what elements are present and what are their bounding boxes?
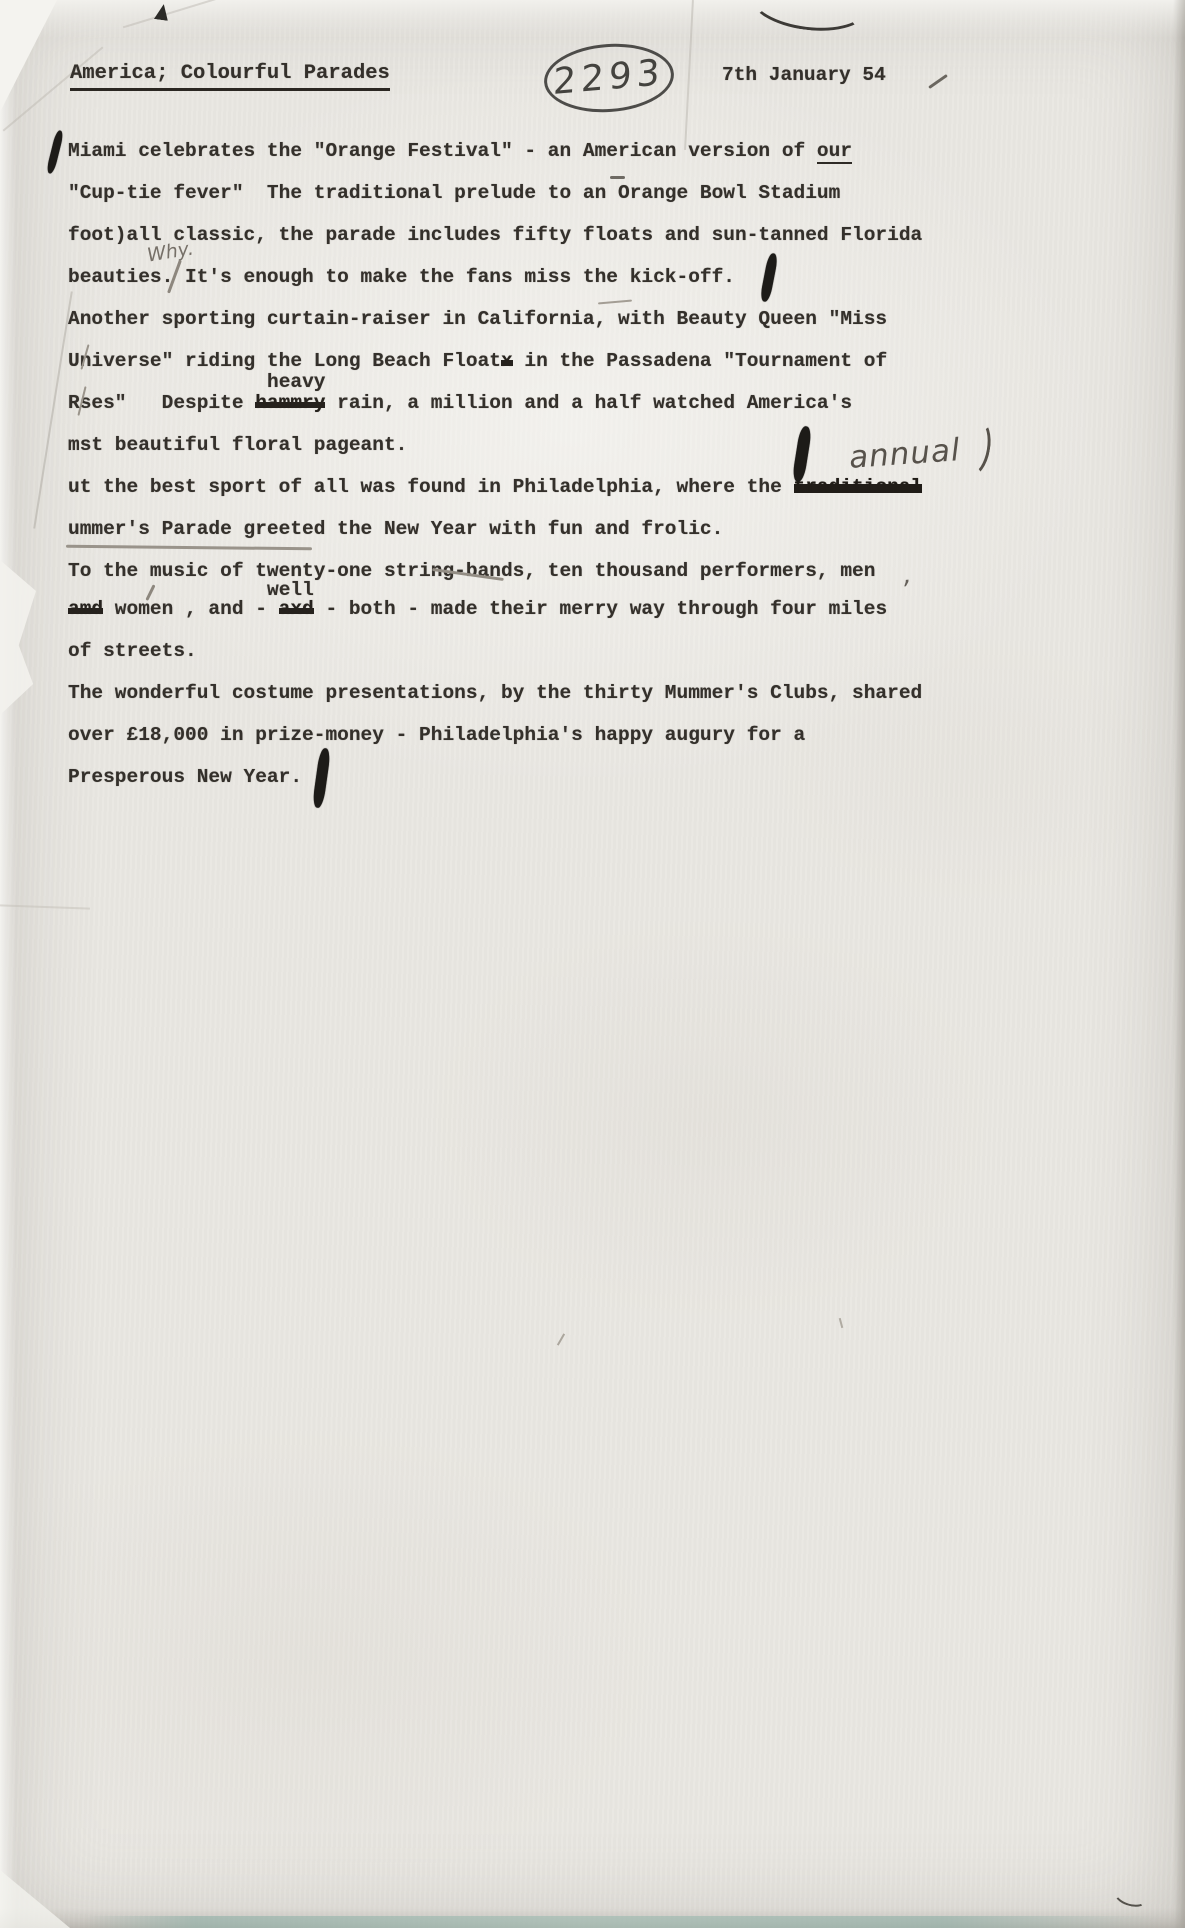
typed-correction-well: well bbox=[267, 579, 314, 601]
typed-line: Rses" Despite hammry rain, a million and… bbox=[68, 392, 852, 414]
faint-tick-mark bbox=[557, 1333, 565, 1345]
paper-crease bbox=[33, 291, 73, 528]
typed-text: ut the best sport of all was found in Ph… bbox=[68, 476, 794, 498]
typed-text: Miami celebrates the "Orange Festival" -… bbox=[68, 140, 817, 162]
typed-line: Another sporting curtain-raiser in Calif… bbox=[68, 308, 887, 330]
handwritten-comma-mark: , bbox=[901, 560, 912, 591]
typed-line: Presperous New Year. bbox=[68, 766, 302, 788]
typed-text-xout2: traditional bbox=[794, 476, 923, 498]
typed-text: women , and - bbox=[103, 598, 279, 620]
ref-number: 2293 bbox=[553, 55, 666, 101]
typed-text-xout: x bbox=[501, 350, 513, 372]
typed-line: mst beautiful floral pageant. bbox=[68, 434, 407, 456]
paper-right-edge bbox=[1173, 0, 1185, 1928]
pen-stroke-mark bbox=[759, 252, 778, 302]
typed-text: over £18,000 in prize-money - Philadelph… bbox=[68, 724, 805, 746]
pencil-dash-mark bbox=[598, 300, 632, 305]
handwritten-note-annual: annual bbox=[848, 432, 962, 476]
typed-text: Presperous New Year. bbox=[68, 766, 302, 788]
typed-text-u: our bbox=[817, 140, 852, 164]
typed-text: rain, a million and a half watched Ameri… bbox=[325, 392, 852, 414]
typed-line: To the music of twenty-one string-bands,… bbox=[68, 560, 875, 582]
typed-line: The wonderful costume presentations, by … bbox=[68, 682, 922, 704]
underlying-page-edge bbox=[84, 1916, 1185, 1928]
pencil-underline-mark bbox=[66, 545, 312, 550]
typed-text-xout: hammry bbox=[255, 392, 325, 414]
typed-text: ummer's Parade greeted the New Year with… bbox=[68, 518, 723, 540]
typed-line: Miami celebrates the "Orange Festival" -… bbox=[68, 140, 852, 162]
typed-text-xout: axd bbox=[279, 598, 314, 620]
page-title: America; Colourful Parades bbox=[70, 62, 390, 91]
typed-line: amd women , and - axd - both - made thei… bbox=[68, 598, 887, 620]
typed-line: foot)all classic, the parade includes fi… bbox=[68, 224, 922, 246]
typed-text: of streets. bbox=[68, 640, 197, 662]
scanned-document-page: America; Colourful Parades 2293 7th Janu… bbox=[0, 0, 1185, 1928]
typed-text: Universe" riding the Long Beach Float bbox=[68, 350, 501, 372]
pen-stroke-mark bbox=[46, 130, 64, 175]
typed-line: ummer's Parade greeted the New Year with… bbox=[68, 518, 723, 540]
typed-text: "Cup-tie fever" The traditional prelude … bbox=[68, 182, 840, 204]
typed-text: Rses" Despite bbox=[68, 392, 255, 414]
typed-text: in the Passadena "Tournament of bbox=[513, 350, 887, 372]
typed-line: over £18,000 in prize-money - Philadelph… bbox=[68, 724, 805, 746]
typed-line: of streets. bbox=[68, 640, 197, 662]
typed-line: "Cup-tie fever" The traditional prelude … bbox=[68, 182, 840, 204]
typed-text: beauties. It's enough to make the fans m… bbox=[68, 266, 735, 288]
pen-stroke-mark bbox=[312, 748, 331, 809]
typed-text: To the music of twenty-one string-bands,… bbox=[68, 560, 875, 582]
date-label: 7th January 54 bbox=[722, 64, 886, 86]
faint-tick-mark bbox=[839, 1318, 844, 1328]
typed-text: Another sporting curtain-raiser in Calif… bbox=[68, 308, 887, 330]
pen-stroke-mark bbox=[792, 425, 813, 482]
typed-line: Universe" riding the Long Beach Floatx i… bbox=[68, 350, 887, 372]
pen-curve-mark-bottom bbox=[1112, 1882, 1150, 1911]
paper-top-edge bbox=[0, 0, 1185, 38]
typed-line: beauties. It's enough to make the fans m… bbox=[68, 266, 735, 288]
ref-number-circle: 2293 bbox=[542, 40, 676, 117]
typed-text-xout: amd bbox=[68, 598, 103, 620]
typed-text: foot)all classic, the parade includes fi… bbox=[68, 224, 922, 246]
pen-tick-mark bbox=[928, 74, 948, 89]
paper-left-edge bbox=[0, 0, 16, 1928]
torn-edge-left bbox=[0, 560, 36, 715]
typed-text: The wonderful costume presentations, by … bbox=[68, 682, 922, 704]
typed-correction-heavy: heavy bbox=[267, 371, 326, 393]
typed-text: - both - made their merry way through fo… bbox=[314, 598, 887, 620]
typed-text: mst beautiful floral pageant. bbox=[68, 434, 407, 456]
handwritten-paren-stroke bbox=[957, 418, 994, 478]
pencil-dash-mark bbox=[610, 176, 625, 179]
